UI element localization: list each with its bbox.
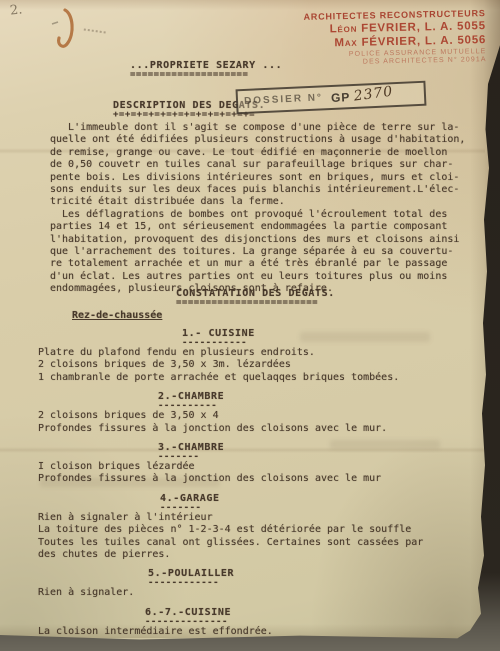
damage-section: 4.-GARAGE ------- Rien à signaler à l'in…: [38, 493, 478, 562]
section-body: Rien à signaler à l'intérieur La toiture…: [38, 512, 478, 562]
section-title-underline: -----------: [182, 339, 478, 347]
section-title-underline: ------------: [148, 579, 478, 587]
damage-section: 5.-POULAILLER ------------ Rien à signal…: [38, 568, 478, 599]
dossier-number-handwritten: 2370: [353, 83, 394, 104]
document-page: 2. ARCHITECTES RECONSTRUCTEURS Léon FEVR…: [0, 0, 500, 646]
sections: 1.- CUISINE ----------- Platre du plafon…: [38, 328, 478, 638]
section-body: I cloison briques lézardée Profondes fis…: [38, 461, 478, 486]
pencil-dashes: [84, 24, 107, 33]
property-title-underline: ====================: [130, 71, 282, 79]
section-body: Platre du plafond fendu en plusieurs end…: [38, 347, 478, 384]
floor-label: Rez-de-chaussée: [72, 310, 478, 321]
pencil-corner-note: 2.: [9, 2, 23, 18]
damage-section: 2.-CHAMBRE ---------- 2 cloisons briques…: [38, 391, 478, 435]
section-title-underline: -------: [158, 453, 478, 461]
rust-squiggle-mark: [48, 6, 86, 62]
scan-background: { "corner_note": "2.", "letterhead": { "…: [0, 0, 500, 651]
dossier-label: DOSSIER N°: [244, 92, 323, 107]
section-title-underline: --------------: [145, 618, 478, 626]
architects-stamp: ARCHITECTES RECONSTRUCTEURS Léon FEVRIER…: [303, 8, 486, 67]
section-title-underline: -------: [160, 504, 478, 512]
section-title: 4.-GARAGE: [160, 493, 478, 504]
dossier-prefix: GP: [331, 90, 351, 105]
constatation-heading-underline: ========================: [176, 299, 478, 307]
section-body: 2 cloisons briques de 3,50 x 4 Profondes…: [38, 410, 478, 435]
damage-description-paragraphs: L'immeuble dont il s'agit se compose d'u…: [50, 122, 496, 296]
damage-section: 3.-CHAMBRE ------- I cloison briques léz…: [38, 442, 478, 486]
dossier-number-stamp: DOSSIER N° GP 2370: [236, 81, 427, 115]
section-title: 3.-CHAMBRE: [158, 442, 478, 453]
constatation-block: CONSTATATION DES DEGATS. ===============…: [38, 288, 478, 638]
damage-section: 6.-7.-CUISINE -------------- La cloison …: [38, 607, 478, 638]
property-title-block: ...PROPRIETE SEZARY ... ================…: [130, 60, 282, 79]
damage-section: 1.- CUISINE ----------- Platre du plafon…: [38, 328, 478, 384]
section-body: Rien à signaler.: [38, 587, 478, 599]
section-body: La cloison intermédiaire est effondrée.: [38, 626, 478, 638]
stamp-line-leon-fevrier: Léon FEVRIER, L. A. 5055: [304, 20, 486, 36]
